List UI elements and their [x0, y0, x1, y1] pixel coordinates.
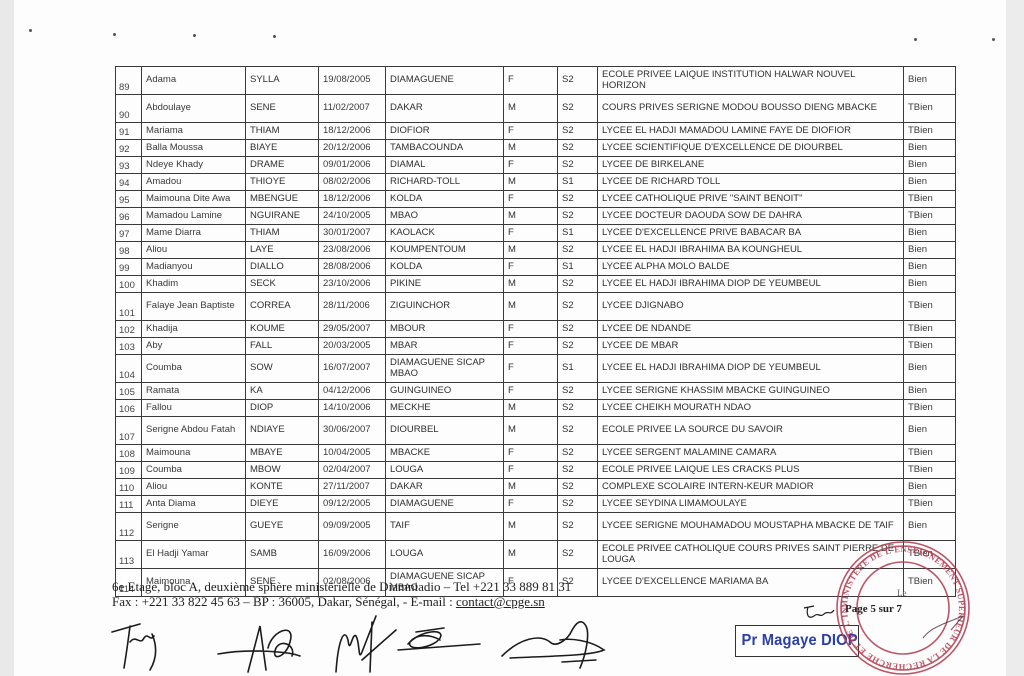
- cell-num: 89: [116, 67, 142, 95]
- cell-first: Mame Diarra: [142, 225, 246, 242]
- cell-dob: 30/01/2007: [319, 225, 386, 242]
- cell-first: Ndeye Khady: [142, 157, 246, 174]
- cell-last: SYLLA: [246, 67, 319, 95]
- cell-sex: F: [504, 496, 558, 513]
- cell-last: THIAM: [246, 123, 319, 140]
- table-row: 108MaimounaMBAYE10/04/2005MBACKEFS2LYCEE…: [116, 445, 956, 462]
- cell-sex: F: [504, 259, 558, 276]
- cell-num: 92: [116, 140, 142, 157]
- student-roster-table: 89AdamaSYLLA19/08/2005DIAMAGUENEFS2ECOLE…: [115, 66, 956, 597]
- cell-first: Maimouna Dite Awa: [142, 191, 246, 208]
- cell-first: Amadou: [142, 174, 246, 191]
- cell-mention: Bien: [904, 276, 956, 293]
- cell-last: DIEYE: [246, 496, 319, 513]
- cell-dob: 16/09/2006: [319, 541, 386, 569]
- cell-mention: Bien: [904, 140, 956, 157]
- table-row: 100KhadimSECK23/10/2006PIKINEMS2LYCEE EL…: [116, 276, 956, 293]
- cell-place: MECKHE: [386, 400, 504, 417]
- cell-place: MBOUR: [386, 321, 504, 338]
- cell-num: 101: [116, 293, 142, 321]
- cell-last: KOUME: [246, 321, 319, 338]
- cell-school: ECOLE PRIVEE LA SOURCE DU SAVOIR: [598, 417, 904, 445]
- table-row: 93Ndeye KhadyDRAME09/01/2006DIAMALFS2LYC…: [116, 157, 956, 174]
- cell-first: Fallou: [142, 400, 246, 417]
- cell-dob: 23/10/2006: [319, 276, 386, 293]
- cell-sex: F: [504, 321, 558, 338]
- cell-num: 105: [116, 383, 142, 400]
- cell-last: KA: [246, 383, 319, 400]
- cell-last: FALL: [246, 338, 319, 355]
- footer-address: 6e Etage, bloc A, deuxième sphère minist…: [112, 579, 571, 609]
- cell-school: COURS PRIVES SERIGNE MODOU BOUSSO DIENG …: [598, 95, 904, 123]
- cell-school: LYCEE EL HADJI IBRAHIMA DIOP DE YEUMBEUL: [598, 276, 904, 293]
- cell-school: LYCEE EL HADJI MAMADOU LAMINE FAYE DE DI…: [598, 123, 904, 140]
- cell-series: S1: [558, 174, 598, 191]
- cell-first: Mariama: [142, 123, 246, 140]
- cell-dob: 04/12/2006: [319, 383, 386, 400]
- cell-first: Anta Diama: [142, 496, 246, 513]
- cell-place: RICHARD-TOLL: [386, 174, 504, 191]
- cell-series: S2: [558, 140, 598, 157]
- cell-school: LYCEE SEYDINA LIMAMOULAYE: [598, 496, 904, 513]
- table-row: 99MadianyouDIALLO28/08/2006KOLDAFS1LYCEE…: [116, 259, 956, 276]
- cell-first: Serigne Abdou Fatah: [142, 417, 246, 445]
- cell-dob: 10/04/2005: [319, 445, 386, 462]
- cell-last: DRAME: [246, 157, 319, 174]
- table-row: 101Falaye Jean BaptisteCORREA28/11/2006Z…: [116, 293, 956, 321]
- cell-num: 98: [116, 242, 142, 259]
- cell-mention: Bien: [904, 479, 956, 496]
- cell-mention: Bien: [904, 417, 956, 445]
- cell-num: 99: [116, 259, 142, 276]
- cell-series: S2: [558, 417, 598, 445]
- footer-line-1: 6e Etage, bloc A, deuxième sphère minist…: [112, 579, 571, 594]
- cell-num: 106: [116, 400, 142, 417]
- cell-series: S2: [558, 479, 598, 496]
- cell-school: LYCEE EL HADJI IBRAHIMA BA KOUNGHEUL: [598, 242, 904, 259]
- cell-place: DIAMAGUENE: [386, 496, 504, 513]
- cell-sex: F: [504, 462, 558, 479]
- cell-last: KONTE: [246, 479, 319, 496]
- cell-school: LYCEE DE RICHARD TOLL: [598, 174, 904, 191]
- cell-series: S2: [558, 400, 598, 417]
- cell-mention: Bien: [904, 259, 956, 276]
- cell-series: S2: [558, 276, 598, 293]
- cell-num: 102: [116, 321, 142, 338]
- table-row: 103AbyFALL20/03/2005MBARFS2LYCEE DE MBAR…: [116, 338, 956, 355]
- table-row: 111Anta DiamaDIEYE09/12/2005DIAMAGUENEFS…: [116, 496, 956, 513]
- table-row: 106FallouDIOP14/10/2006MECKHEMS2LYCEE CH…: [116, 400, 956, 417]
- cell-dob: 09/12/2005: [319, 496, 386, 513]
- cell-place: TAIF: [386, 513, 504, 541]
- stamp-center-text: Le: [897, 588, 907, 598]
- cell-school: LYCEE DOCTEUR DAOUDA SOW DE DAHRA: [598, 208, 904, 225]
- table-row: 97Mame DiarraTHIAM30/01/2007KAOLACKFS1LY…: [116, 225, 956, 242]
- cell-first: Mamadou Lamine: [142, 208, 246, 225]
- cell-first: El Hadji Yamar: [142, 541, 246, 569]
- cell-school: LYCEE ALPHA MOLO BALDE: [598, 259, 904, 276]
- cell-series: S2: [558, 293, 598, 321]
- cell-last: THIAM: [246, 225, 319, 242]
- cell-sex: M: [504, 242, 558, 259]
- cell-mention: Bien: [904, 355, 956, 383]
- cell-num: 109: [116, 462, 142, 479]
- signatory-name: Pr Magaye DIOP: [736, 626, 848, 656]
- signature-2: [218, 626, 300, 672]
- cell-series: S2: [558, 321, 598, 338]
- cell-place: PIKINE: [386, 276, 504, 293]
- cell-mention: Bien: [904, 513, 956, 541]
- cell-last: NGUIRANE: [246, 208, 319, 225]
- cell-school: LYCEE SERIGNE MOUHAMADOU MOUSTAPHA MBACK…: [598, 513, 904, 541]
- cell-first: Khadim: [142, 276, 246, 293]
- cell-dob: 20/12/2006: [319, 140, 386, 157]
- cell-last: SAMB: [246, 541, 319, 569]
- cell-sex: F: [504, 225, 558, 242]
- cell-sex: M: [504, 174, 558, 191]
- cell-mention: TBien: [904, 462, 956, 479]
- cell-series: S2: [558, 445, 598, 462]
- cell-school: ECOLE PRIVEE LAIQUE INSTITUTION HALWAR N…: [598, 67, 904, 95]
- cell-num: 93: [116, 157, 142, 174]
- cell-place: MBACKE: [386, 445, 504, 462]
- cell-mention: Bien: [904, 67, 956, 95]
- cell-mention: Bien: [904, 225, 956, 242]
- cell-series: S2: [558, 242, 598, 259]
- cell-mention: TBien: [904, 338, 956, 355]
- table-row: 102KhadijaKOUME29/05/2007MBOURFS2LYCEE D…: [116, 321, 956, 338]
- cell-series: S1: [558, 355, 598, 383]
- cell-sex: M: [504, 276, 558, 293]
- cell-series: S2: [558, 496, 598, 513]
- cell-first: Abdoulaye: [142, 95, 246, 123]
- cell-dob: 16/07/2007: [319, 355, 386, 383]
- table-row: 89AdamaSYLLA19/08/2005DIAMAGUENEFS2ECOLE…: [116, 67, 956, 95]
- signature-4: [398, 628, 480, 650]
- cell-mention: TBien: [904, 445, 956, 462]
- cell-place: DAKAR: [386, 479, 504, 496]
- cell-dob: 14/10/2006: [319, 400, 386, 417]
- cell-place: DIAMAGUENE SICAP MBAO: [386, 355, 504, 383]
- cell-series: S2: [558, 541, 598, 569]
- cell-school: LYCEE SERIGNE KHASSIM MBACKE GUINGUINEO: [598, 383, 904, 400]
- email-link[interactable]: contact@cpge.sn: [456, 594, 545, 609]
- signatures: [100, 612, 720, 676]
- scan-edge: [1006, 0, 1024, 676]
- cell-school: LYCEE DE BIRKELANE: [598, 157, 904, 174]
- cell-mention: TBien: [904, 293, 956, 321]
- cell-school: LYCEE DE MBAR: [598, 338, 904, 355]
- cell-dob: 24/10/2005: [319, 208, 386, 225]
- table-row: 91MariamaTHIAM18/12/2006DIOFIORFS2LYCEE …: [116, 123, 956, 140]
- cell-series: S2: [558, 208, 598, 225]
- cell-sex: F: [504, 445, 558, 462]
- cell-place: DAKAR: [386, 95, 504, 123]
- cell-sex: F: [504, 191, 558, 208]
- cell-series: S2: [558, 383, 598, 400]
- cell-num: 100: [116, 276, 142, 293]
- cell-series: S2: [558, 123, 598, 140]
- cell-place: DIOFIOR: [386, 123, 504, 140]
- cell-mention: Bien: [904, 383, 956, 400]
- cell-first: Khadija: [142, 321, 246, 338]
- cell-last: CORREA: [246, 293, 319, 321]
- cell-sex: M: [504, 95, 558, 123]
- cell-school: LYCEE CATHOLIQUE PRIVE "SAINT BENOIT": [598, 191, 904, 208]
- cell-sex: M: [504, 293, 558, 321]
- signature-3: [336, 616, 396, 672]
- cell-school: LYCEE SCIENTIFIQUE D'EXCELLENCE DE DIOUR…: [598, 140, 904, 157]
- cell-num: 91: [116, 123, 142, 140]
- cell-sex: M: [504, 208, 558, 225]
- table-row: 94AmadouTHIOYE08/02/2006RICHARD-TOLLMS1L…: [116, 174, 956, 191]
- cell-first: Aby: [142, 338, 246, 355]
- table-row: 90AbdoulayeSENE11/02/2007DAKARMS2COURS P…: [116, 95, 956, 123]
- cell-first: Serigne: [142, 513, 246, 541]
- cell-place: KOLDA: [386, 259, 504, 276]
- cell-last: SOW: [246, 355, 319, 383]
- cell-place: TAMBACOUNDA: [386, 140, 504, 157]
- cell-last: NDIAYE: [246, 417, 319, 445]
- cell-school: LYCEE EL HADJI IBRAHIMA DIOP DE YEUMBEUL: [598, 355, 904, 383]
- cell-num: 95: [116, 191, 142, 208]
- cell-place: DIAMAL: [386, 157, 504, 174]
- cell-dob: 18/12/2006: [319, 191, 386, 208]
- cell-series: S2: [558, 338, 598, 355]
- cell-last: SENE: [246, 95, 319, 123]
- cell-num: 104: [116, 355, 142, 383]
- cell-first: Aliou: [142, 242, 246, 259]
- cell-sex: M: [504, 417, 558, 445]
- cell-school: LYCEE CHEIKH MOURATH NDAO: [598, 400, 904, 417]
- table-row: 95Maimouna Dite AwaMBENGUE18/12/2006KOLD…: [116, 191, 956, 208]
- cell-sex: M: [504, 541, 558, 569]
- cell-num: 94: [116, 174, 142, 191]
- cell-mention: Bien: [904, 157, 956, 174]
- cell-dob: 28/11/2006: [319, 293, 386, 321]
- cell-num: 113: [116, 541, 142, 569]
- table-row: 113El Hadji YamarSAMB16/09/2006LOUGAMS2E…: [116, 541, 956, 569]
- cell-last: MBOW: [246, 462, 319, 479]
- table-row: 92Balla MoussaBIAYE20/12/2006TAMBACOUNDA…: [116, 140, 956, 157]
- cell-mention: Bien: [904, 242, 956, 259]
- cell-dob: 23/08/2006: [319, 242, 386, 259]
- cell-series: S2: [558, 462, 598, 479]
- cell-mention: TBien: [904, 400, 956, 417]
- cell-place: DIAMAGUENE: [386, 67, 504, 95]
- cell-num: 90: [116, 95, 142, 123]
- table-row: 105RamataKA04/12/2006GUINGUINEOFS2LYCEE …: [116, 383, 956, 400]
- table-row: 98AliouLAYE23/08/2006KOUMPENTOUMMS2LYCEE…: [116, 242, 956, 259]
- cell-first: Maimouna: [142, 445, 246, 462]
- cell-dob: 18/12/2006: [319, 123, 386, 140]
- cell-dob: 11/02/2007: [319, 95, 386, 123]
- cell-mention: TBien: [904, 208, 956, 225]
- cell-dob: 09/01/2006: [319, 157, 386, 174]
- cell-place: KOUMPENTOUM: [386, 242, 504, 259]
- cell-school: LYCEE D'EXCELLENCE PRIVE BABACAR BA: [598, 225, 904, 242]
- cell-mention: Bien: [904, 174, 956, 191]
- signature-5: [502, 622, 604, 668]
- table-row: 112SerigneGUEYE09/09/2005TAIFMS2LYCEE SE…: [116, 513, 956, 541]
- cell-school: LYCEE SERGENT MALAMINE CAMARA: [598, 445, 904, 462]
- cell-dob: 08/02/2006: [319, 174, 386, 191]
- cell-sex: M: [504, 513, 558, 541]
- cell-num: 108: [116, 445, 142, 462]
- cell-last: DIOP: [246, 400, 319, 417]
- cell-last: MBAYE: [246, 445, 319, 462]
- cell-mention: TBien: [904, 95, 956, 123]
- cell-last: THIOYE: [246, 174, 319, 191]
- cell-dob: 02/04/2007: [319, 462, 386, 479]
- cell-school: ECOLE PRIVEE LAIQUE LES CRACKS PLUS: [598, 462, 904, 479]
- cell-num: 112: [116, 513, 142, 541]
- cell-series: S1: [558, 259, 598, 276]
- cell-school: LYCEE DE NDANDE: [598, 321, 904, 338]
- cell-mention: TBien: [904, 496, 956, 513]
- cell-last: BIAYE: [246, 140, 319, 157]
- cell-dob: 19/08/2005: [319, 67, 386, 95]
- cell-sex: M: [504, 400, 558, 417]
- cell-place: MBAR: [386, 338, 504, 355]
- cell-place: MBAO: [386, 208, 504, 225]
- cell-place: GUINGUINEO: [386, 383, 504, 400]
- cell-first: Falaye Jean Baptiste: [142, 293, 246, 321]
- cell-dob: 09/09/2005: [319, 513, 386, 541]
- table-row: 107Serigne Abdou FatahNDIAYE30/06/2007DI…: [116, 417, 956, 445]
- cell-place: KOLDA: [386, 191, 504, 208]
- table-row: 110AliouKONTE27/11/2007DAKARMS2COMPLEXE …: [116, 479, 956, 496]
- cell-last: DIALLO: [246, 259, 319, 276]
- cell-num: 107: [116, 417, 142, 445]
- cell-last: LAYE: [246, 242, 319, 259]
- cell-first: Balla Moussa: [142, 140, 246, 157]
- cell-sex: F: [504, 123, 558, 140]
- footer-line-2: Fax : +221 33 822 45 63 – BP : 36005, Da…: [112, 594, 571, 609]
- cell-sex: M: [504, 140, 558, 157]
- cell-sex: F: [504, 355, 558, 383]
- cell-sex: F: [504, 67, 558, 95]
- cell-dob: 20/03/2005: [319, 338, 386, 355]
- cell-sex: F: [504, 338, 558, 355]
- cell-dob: 28/08/2006: [319, 259, 386, 276]
- cell-place: DIOURBEL: [386, 417, 504, 445]
- cell-school: LYCEE DJIGNABO: [598, 293, 904, 321]
- cell-num: 97: [116, 225, 142, 242]
- cell-dob: 29/05/2007: [319, 321, 386, 338]
- cell-school: COMPLEXE SCOLAIRE INTERN-KEUR MADIOR: [598, 479, 904, 496]
- cell-place: ZIGUINCHOR: [386, 293, 504, 321]
- cell-place: LOUGA: [386, 462, 504, 479]
- table-row: 109CoumbaMBOW02/04/2007LOUGAFS2ECOLE PRI…: [116, 462, 956, 479]
- cell-first: Madianyou: [142, 259, 246, 276]
- cell-first: Ramata: [142, 383, 246, 400]
- cell-last: SECK: [246, 276, 319, 293]
- cell-dob: 27/11/2007: [319, 479, 386, 496]
- cell-series: S1: [558, 225, 598, 242]
- cell-series: S2: [558, 67, 598, 95]
- cell-mention: TBien: [904, 191, 956, 208]
- page-number: Page 5 sur 7: [845, 603, 902, 615]
- table-row: 96Mamadou LamineNGUIRANE24/10/2005MBAOMS…: [116, 208, 956, 225]
- cell-first: Aliou: [142, 479, 246, 496]
- cell-last: MBENGUE: [246, 191, 319, 208]
- cell-num: 96: [116, 208, 142, 225]
- cell-first: Coumba: [142, 355, 246, 383]
- cell-num: 110: [116, 479, 142, 496]
- signature-1: [112, 624, 156, 670]
- cell-series: S2: [558, 95, 598, 123]
- cell-first: Adama: [142, 67, 246, 95]
- cell-first: Coumba: [142, 462, 246, 479]
- cell-mention: TBien: [904, 321, 956, 338]
- cell-sex: M: [504, 479, 558, 496]
- cell-place: LOUGA: [386, 541, 504, 569]
- cell-sex: F: [504, 383, 558, 400]
- cell-num: 111: [116, 496, 142, 513]
- table-row: 104CoumbaSOW16/07/2007DIAMAGUENE SICAP M…: [116, 355, 956, 383]
- cell-sex: F: [504, 157, 558, 174]
- cell-num: 103: [116, 338, 142, 355]
- cell-mention: TBien: [904, 123, 956, 140]
- cell-place: KAOLACK: [386, 225, 504, 242]
- cell-series: S2: [558, 157, 598, 174]
- cell-series: S2: [558, 513, 598, 541]
- cell-last: GUEYE: [246, 513, 319, 541]
- cell-series: S2: [558, 191, 598, 208]
- cell-dob: 30/06/2007: [319, 417, 386, 445]
